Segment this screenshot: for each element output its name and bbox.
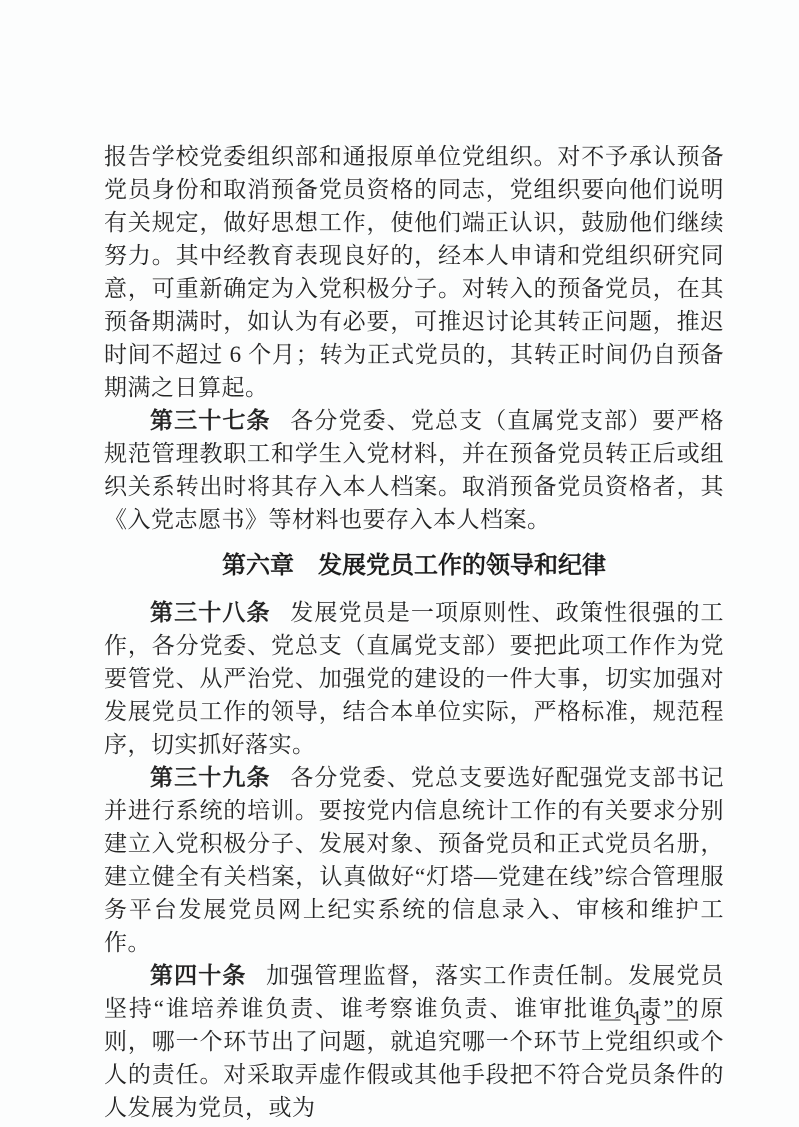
page-number: — 13 —	[600, 1006, 692, 1031]
clause-number: 第三十八条	[150, 599, 271, 625]
paragraph: 第三十八条发展党员是一项原则性、政策性很强的工作，各分党委、党总支（直属党支部）…	[104, 596, 724, 761]
paragraph: 第三十七条各分党委、党总支（直属党支部）要严格规范管理教职工和学生入党材料，并在…	[104, 404, 724, 536]
paragraph: 第四十条加强管理监督，落实工作责任制。发展党员坚持“谁培养谁负责、谁考察谁负责、…	[104, 959, 724, 1124]
paragraph: 报告学校党委组织部和通报原单位党组织。对不予承认预备党员身份和取消预备党员资格的…	[104, 140, 724, 404]
chapter-heading: 第六章 发展党员工作的领导和纪律	[104, 548, 724, 584]
scanned-page: 报告学校党委组织部和通报原单位党组织。对不予承认预备党员身份和取消预备党员资格的…	[0, 0, 799, 1127]
clause-number: 第三十七条	[150, 407, 271, 433]
document-body: 报告学校党委组织部和通报原单位党组织。对不予承认预备党员身份和取消预备党员资格的…	[104, 140, 724, 1124]
paragraph-text: 报告学校党委组织部和通报原单位党组织。对不予承认预备党员身份和取消预备党员资格的…	[104, 144, 724, 400]
clause-number: 第四十条	[150, 962, 247, 988]
clause-number: 第三十九条	[150, 764, 271, 790]
paragraph: 第三十九条各分党委、党总支要选好配强党支部书记并进行系统的培训。要按党内信息统计…	[104, 761, 724, 959]
paragraph-text: 各分党委、党总支要选好配强党支部书记并进行系统的培训。要按党内信息统计工作的有关…	[104, 765, 724, 955]
